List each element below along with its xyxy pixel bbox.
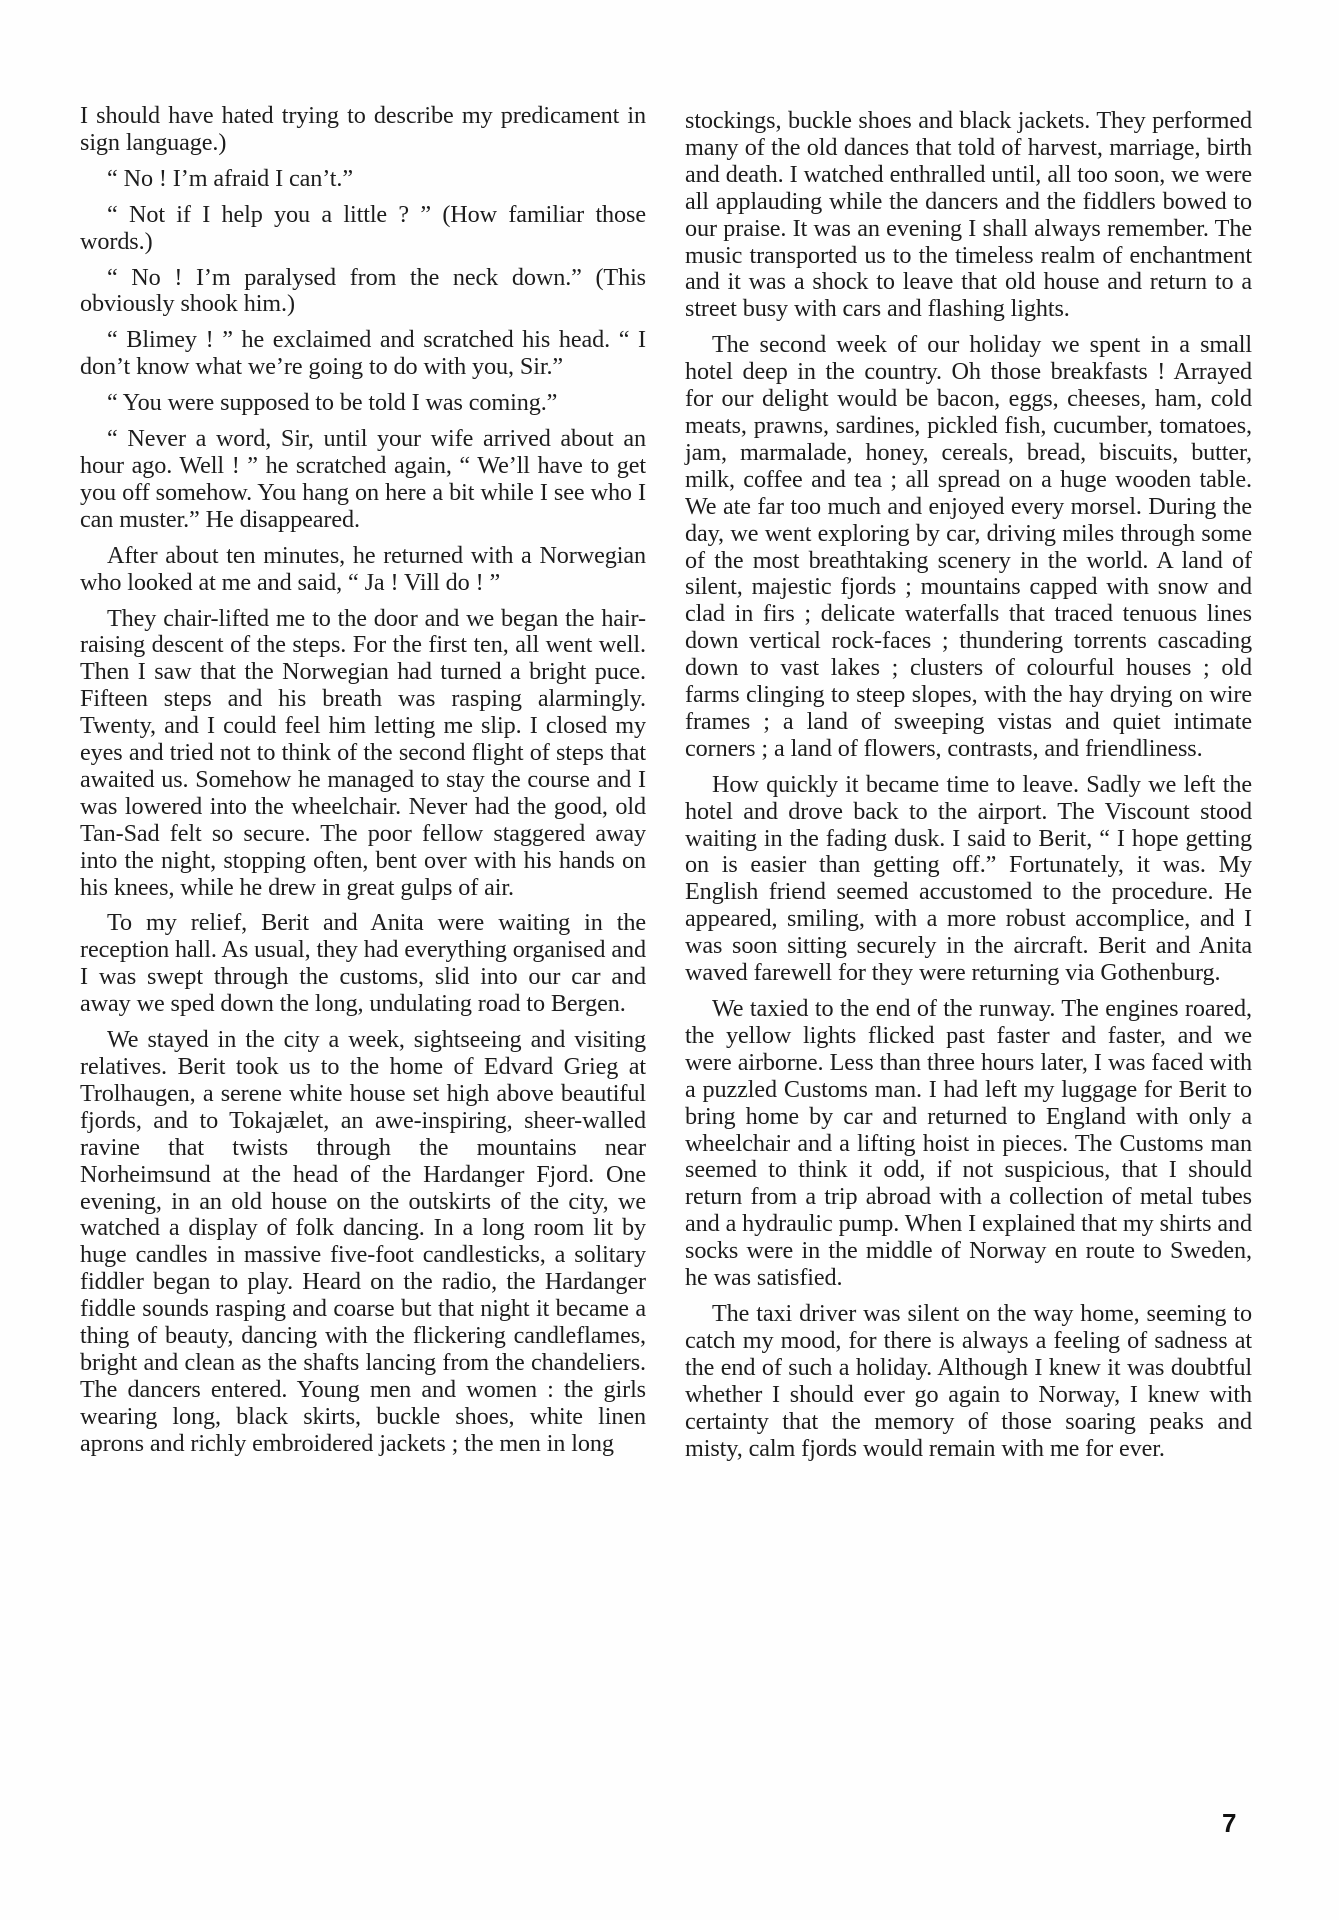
paragraph: How quickly it became time to leave. Sad… (685, 772, 1252, 987)
paragraph: They chair-lifted me to the door and we … (80, 606, 646, 902)
paragraph: I should have hated trying to describe m… (80, 103, 646, 157)
paragraph: “ No ! I’m afraid I can’t.” (80, 166, 646, 193)
book-page: I should have hated trying to describe m… (0, 0, 1339, 1920)
paragraph: “ Never a word, Sir, until your wife arr… (80, 426, 646, 534)
paragraph: We taxied to the end of the runway. The … (685, 996, 1252, 1292)
paragraph: stockings, buckle shoes and black jacket… (685, 108, 1252, 323)
paragraph: The taxi driver was silent on the way ho… (685, 1301, 1252, 1462)
paragraph: We stayed in the city a week, sightseein… (80, 1027, 646, 1458)
paragraph: “ Blimey ! ” he exclaimed and scratched … (80, 327, 646, 381)
page-number: 7 (1222, 1808, 1236, 1839)
paragraph: “ Not if I help you a little ? ” (How fa… (80, 202, 646, 256)
paragraph: After about ten minutes, he returned wit… (80, 543, 646, 597)
paragraph: The second week of our holiday we spent … (685, 332, 1252, 763)
paragraph: “ You were supposed to be told I was com… (80, 390, 646, 417)
paragraph: To my relief, Berit and Anita were waiti… (80, 910, 646, 1018)
paragraph: “ No ! I’m paralysed from the neck down.… (80, 265, 646, 319)
left-column: I should have hated trying to describe m… (80, 103, 646, 1467)
right-column: stockings, buckle shoes and black jacket… (685, 108, 1252, 1471)
